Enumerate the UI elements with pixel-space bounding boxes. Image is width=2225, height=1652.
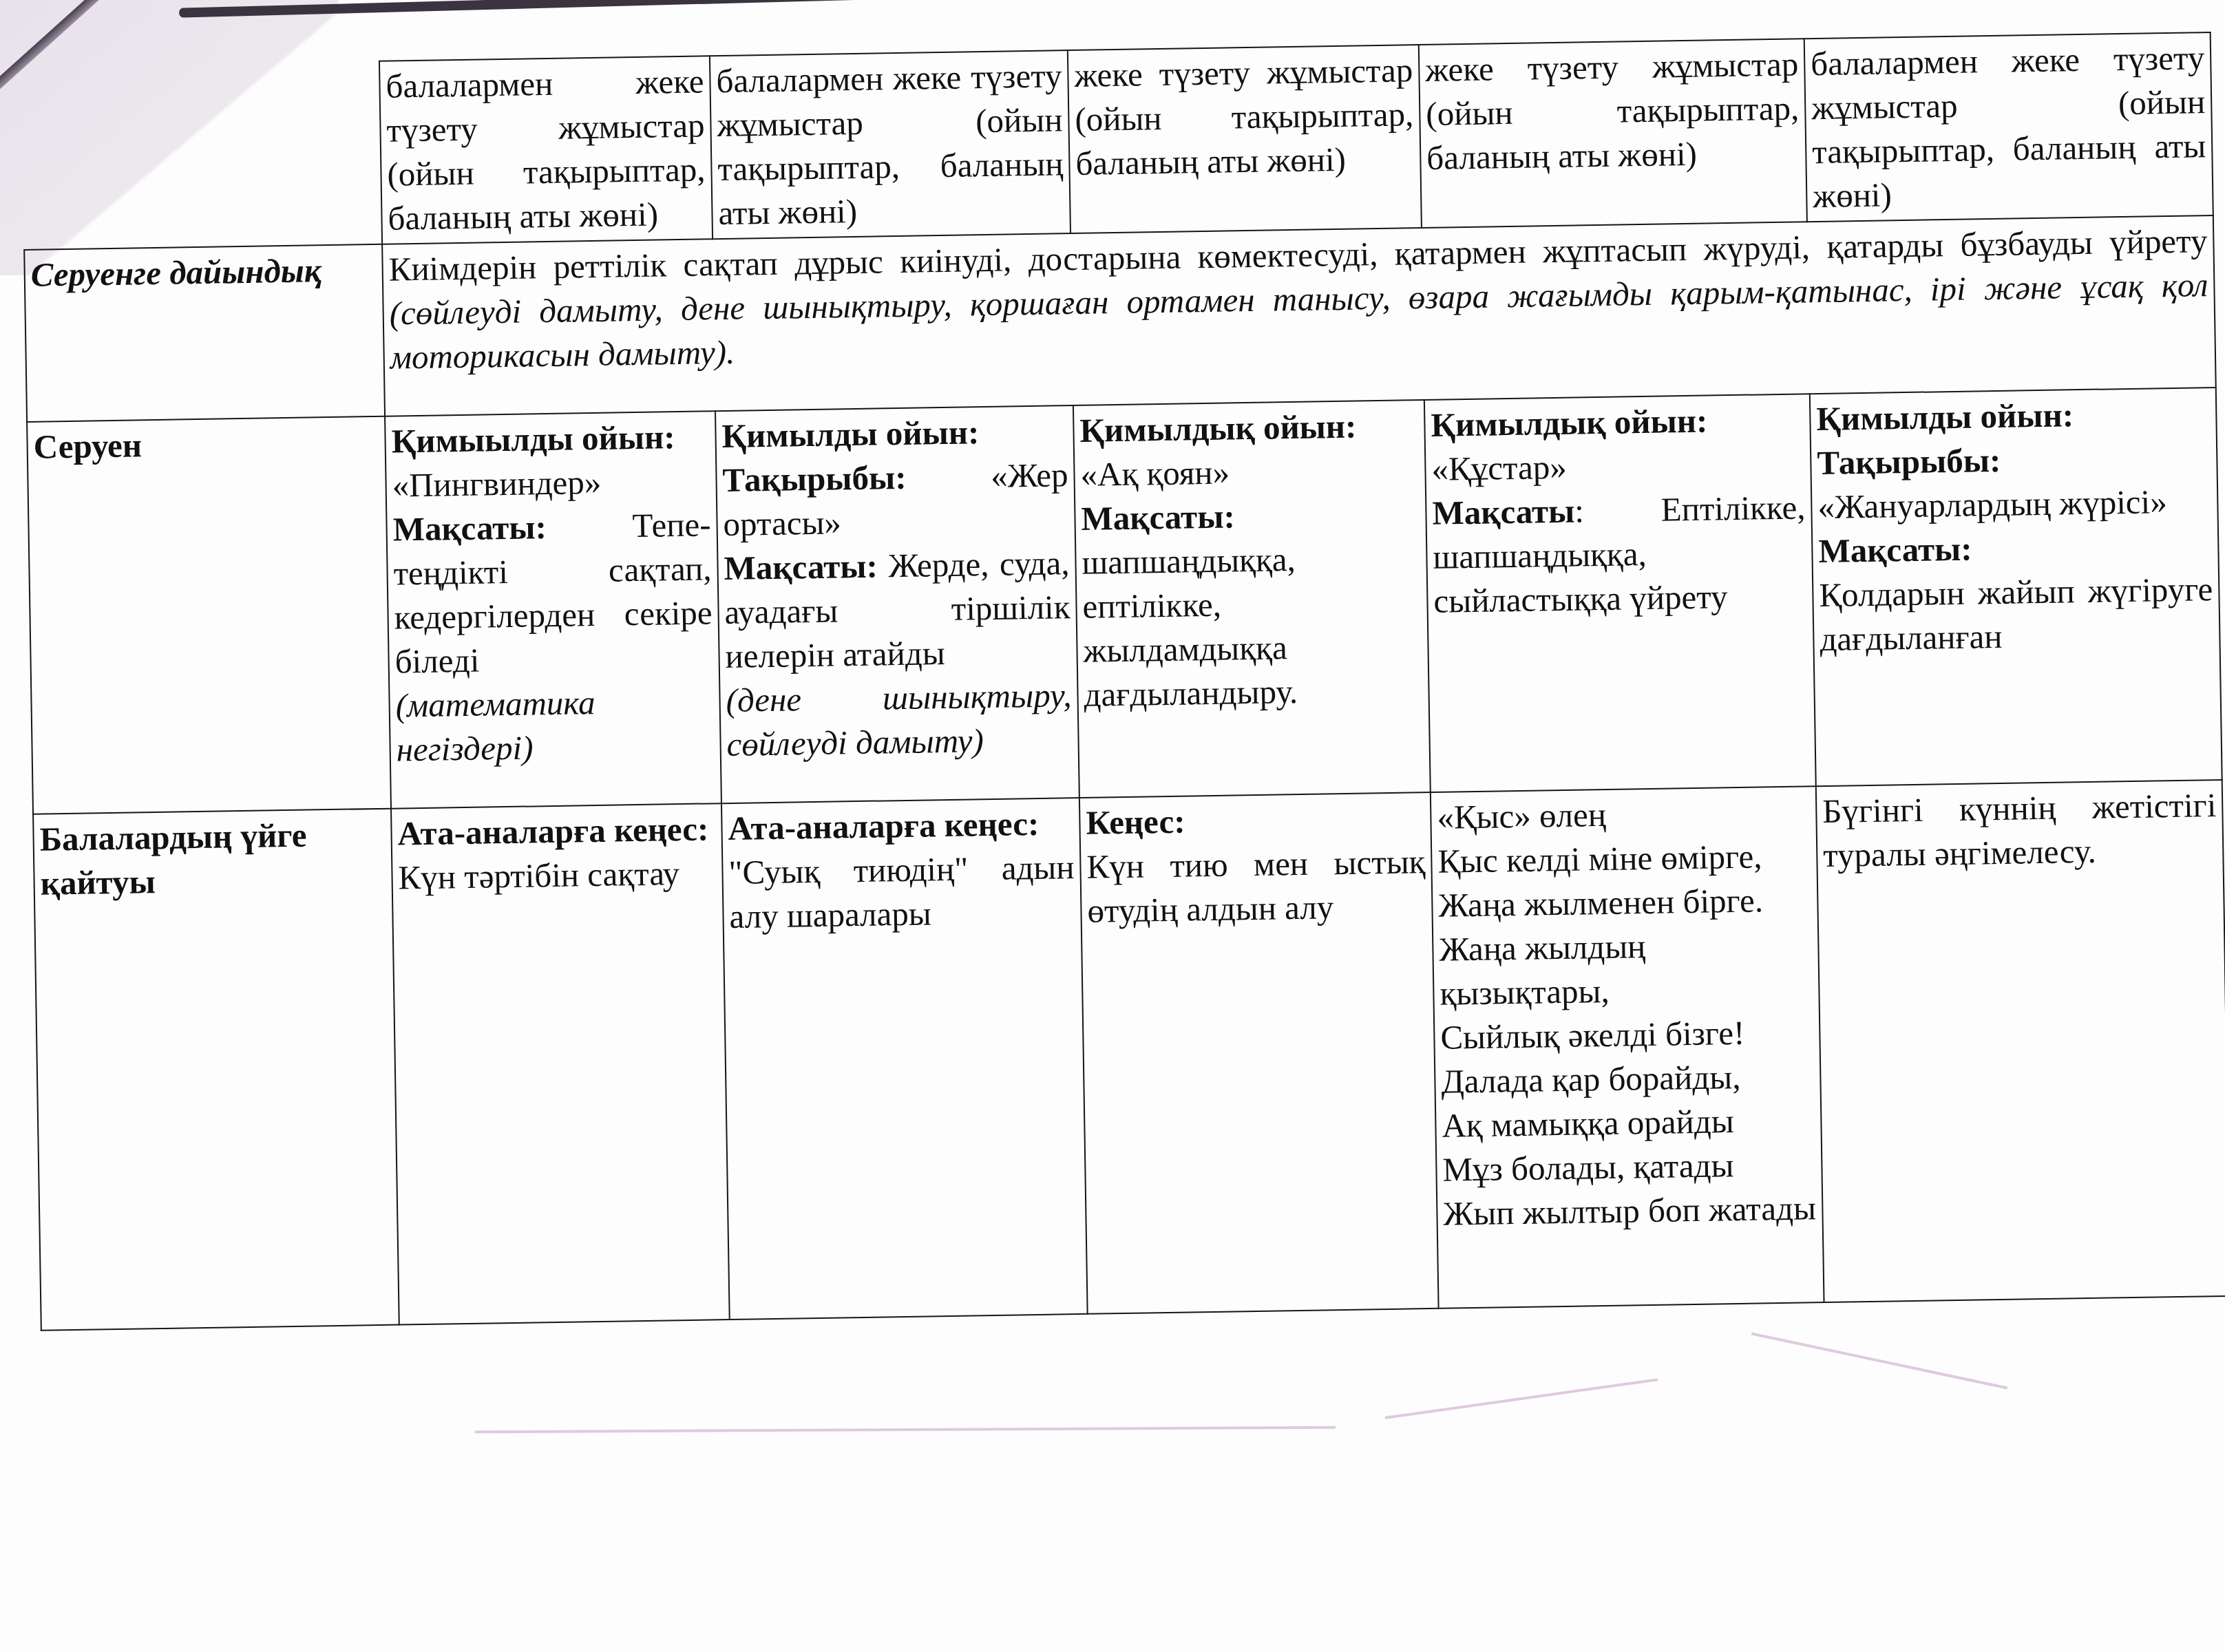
row-walk-preparation: Серуенге дайындықКиімдерін реттілік сақт… (24, 215, 2216, 422)
table-cell: жеке түзету жұмыстар (ойын тақырыптар, б… (1419, 39, 1807, 228)
table-cell: Қимылды ойын:Тақырыбы:«Жануарлардың жүрі… (1810, 388, 2222, 786)
cell-heading: Мақсаты (1432, 492, 1575, 532)
cell-text: Сыйлық әкелді бізге! (1440, 1014, 1745, 1057)
table-cell: балалармен жеке түзету жұмыстар (ойын та… (710, 50, 1071, 239)
cell-text: "Суық тиюдің" адын алу шаралары (728, 848, 1075, 935)
cell-heading: Кеңес: (1086, 803, 1185, 842)
table-cell: Қимылдық ойын:«Ақ қоян»Мақсаты:шапшаңдық… (1073, 400, 1431, 798)
cell-heading: Қимыылды ойын: (391, 418, 675, 460)
row-individual-work: балалармен жеке түзету жұмыстар (ойын та… (21, 32, 2213, 250)
cell-text: балалармен жеке түзету жұмыстар (ойын та… (716, 56, 1064, 232)
table-cell: Қимылдық ойын:«Құстар»Мақсаты: Ептілікке… (1424, 394, 1816, 792)
cell-note: (дене шынықтыру, сөйлеуді дамыту) (726, 676, 1072, 763)
cell-note: (математика негіздері) (395, 684, 595, 769)
cell-text: Жаңа жылдың қызықтары, (1439, 927, 1646, 1013)
cell-text: жеке түзету жұмыстар (ойын тақырыптар, б… (1425, 45, 1800, 176)
cell-text: Күн тию мен ыстық өтудің алдын алу (1086, 843, 1426, 930)
pen-mark (1385, 1378, 1658, 1419)
cell-text: Қолдарын жайып жүгіруге дағдыланған (1819, 570, 2213, 658)
cell-text: Ақ мамыққа орайды (1442, 1102, 1734, 1145)
row-going-home: Балалардың үйге қайтуыАта-аналарға кеңес… (33, 780, 2225, 1331)
row-label: Серуенге дайындық (24, 244, 385, 422)
cell-text: шапшаңдыққа, ептілікке, жылдамдыққа дағд… (1082, 540, 1298, 714)
cell-heading: Ата-аналарға кеңес: (397, 809, 709, 852)
cell-text: Қыс келді міне өмірге, (1437, 837, 1762, 880)
merged-cell: Киімдерін реттілік сақтап дұрыс киінуді,… (382, 215, 2216, 416)
cell-heading: Мақсаты: (1081, 497, 1235, 537)
cell-text: «Пингвиндер» (392, 463, 602, 505)
cell-text: Күн тәртібін сақтау (398, 854, 679, 896)
cell-text: «Құстар» (1431, 448, 1567, 488)
cell-text: Бүгінгі күннің жетістігі туралы әңгімеле… (1822, 786, 2217, 874)
cell-text: Далада қар борайды, (1441, 1058, 1741, 1101)
cell-text: «Қыс» өлең (1437, 796, 1606, 836)
table-cell: жеке түзету жұмыстар (ойын тақырыптар, б… (1068, 45, 1422, 233)
cell-text: жеке түзету жұмыстар (ойын тақырыптар, б… (1074, 51, 1414, 182)
daily-plan-table: балалармен жеке түзету жұмыстар (ойын та… (21, 32, 2225, 1331)
cell-heading: Қимылды ойын: (1816, 396, 2074, 438)
cell-text: балалармен жеке түзету жұмыстар (ойын та… (386, 62, 706, 237)
cell-heading: Мақсаты: (724, 547, 878, 587)
cell-text: «Ақ қоян» (1080, 453, 1230, 493)
cell-heading: Қимылдық ойын: (1079, 407, 1357, 449)
cell-heading: Тақырыбы: (1817, 441, 2001, 482)
table-cell: Қимылды ойын:Тақырыбы: «Жер ортасы»Мақса… (715, 405, 1079, 803)
cell-heading: Тақырыбы: (722, 458, 907, 499)
table-cell: балалармен жеке түзету жұмыстар (ойын та… (379, 56, 713, 244)
row-walk: СеруенҚимыылды ойын:«Пингвиндер»Мақсаты:… (27, 388, 2222, 814)
pen-mark (475, 1426, 1336, 1434)
cell-text: «Жануарлардың жүрісі» (1817, 483, 2167, 526)
table-cell: «Қыс» өлеңҚыс келді міне өмірге,Жаңа жыл… (1431, 786, 1824, 1309)
cell-text: балалармен жеке түзету жұмыстар (ойын та… (1811, 39, 2206, 215)
cell-heading: Мақсаты: (392, 508, 547, 548)
table-cell: балалармен жеке түзету жұмыстар (ойын та… (1804, 32, 2213, 222)
row-label: Балалардың үйге қайтуы (33, 809, 399, 1331)
table-cell: Ата-аналарға кеңес:"Суық тиюдің" адын ал… (721, 798, 1088, 1320)
cell-heading: Қимылдық ойын: (1431, 402, 1708, 444)
row-label: Серуен (27, 416, 391, 814)
cell-text: Мұз болады, қатады (1442, 1146, 1734, 1189)
plan-table-container: балалармен жеке түзету жұмыстар (ойын та… (21, 32, 2225, 1331)
cell-text: Жаңа жылменен бірге. (1438, 881, 1763, 924)
cell-heading: Қимылды ойын: (721, 413, 980, 455)
cell-heading: Мақсаты: (1818, 530, 1972, 570)
paper-sheet: балалармен жеке түзету жұмыстар (ойын та… (0, 0, 2225, 1652)
cell-text: Жып жылтыр боп жатады (1443, 1189, 1816, 1232)
table-cell: Бүгінгі күннің жетістігі туралы әңгімеле… (1816, 780, 2225, 1302)
table-cell: Кеңес:Күн тию мен ыстық өтудің алдын алу (1079, 792, 1439, 1314)
pen-mark (1751, 1333, 2008, 1390)
row-label (21, 61, 382, 250)
table-cell: Қимыылды ойын:«Пингвиндер»Мақсаты: Тепе-… (385, 411, 721, 808)
table-cell: Ата-аналарға кеңес:Күн тәртібін сақтау (391, 803, 730, 1324)
cell-heading: Ата-аналарға кеңес: (728, 805, 1040, 847)
